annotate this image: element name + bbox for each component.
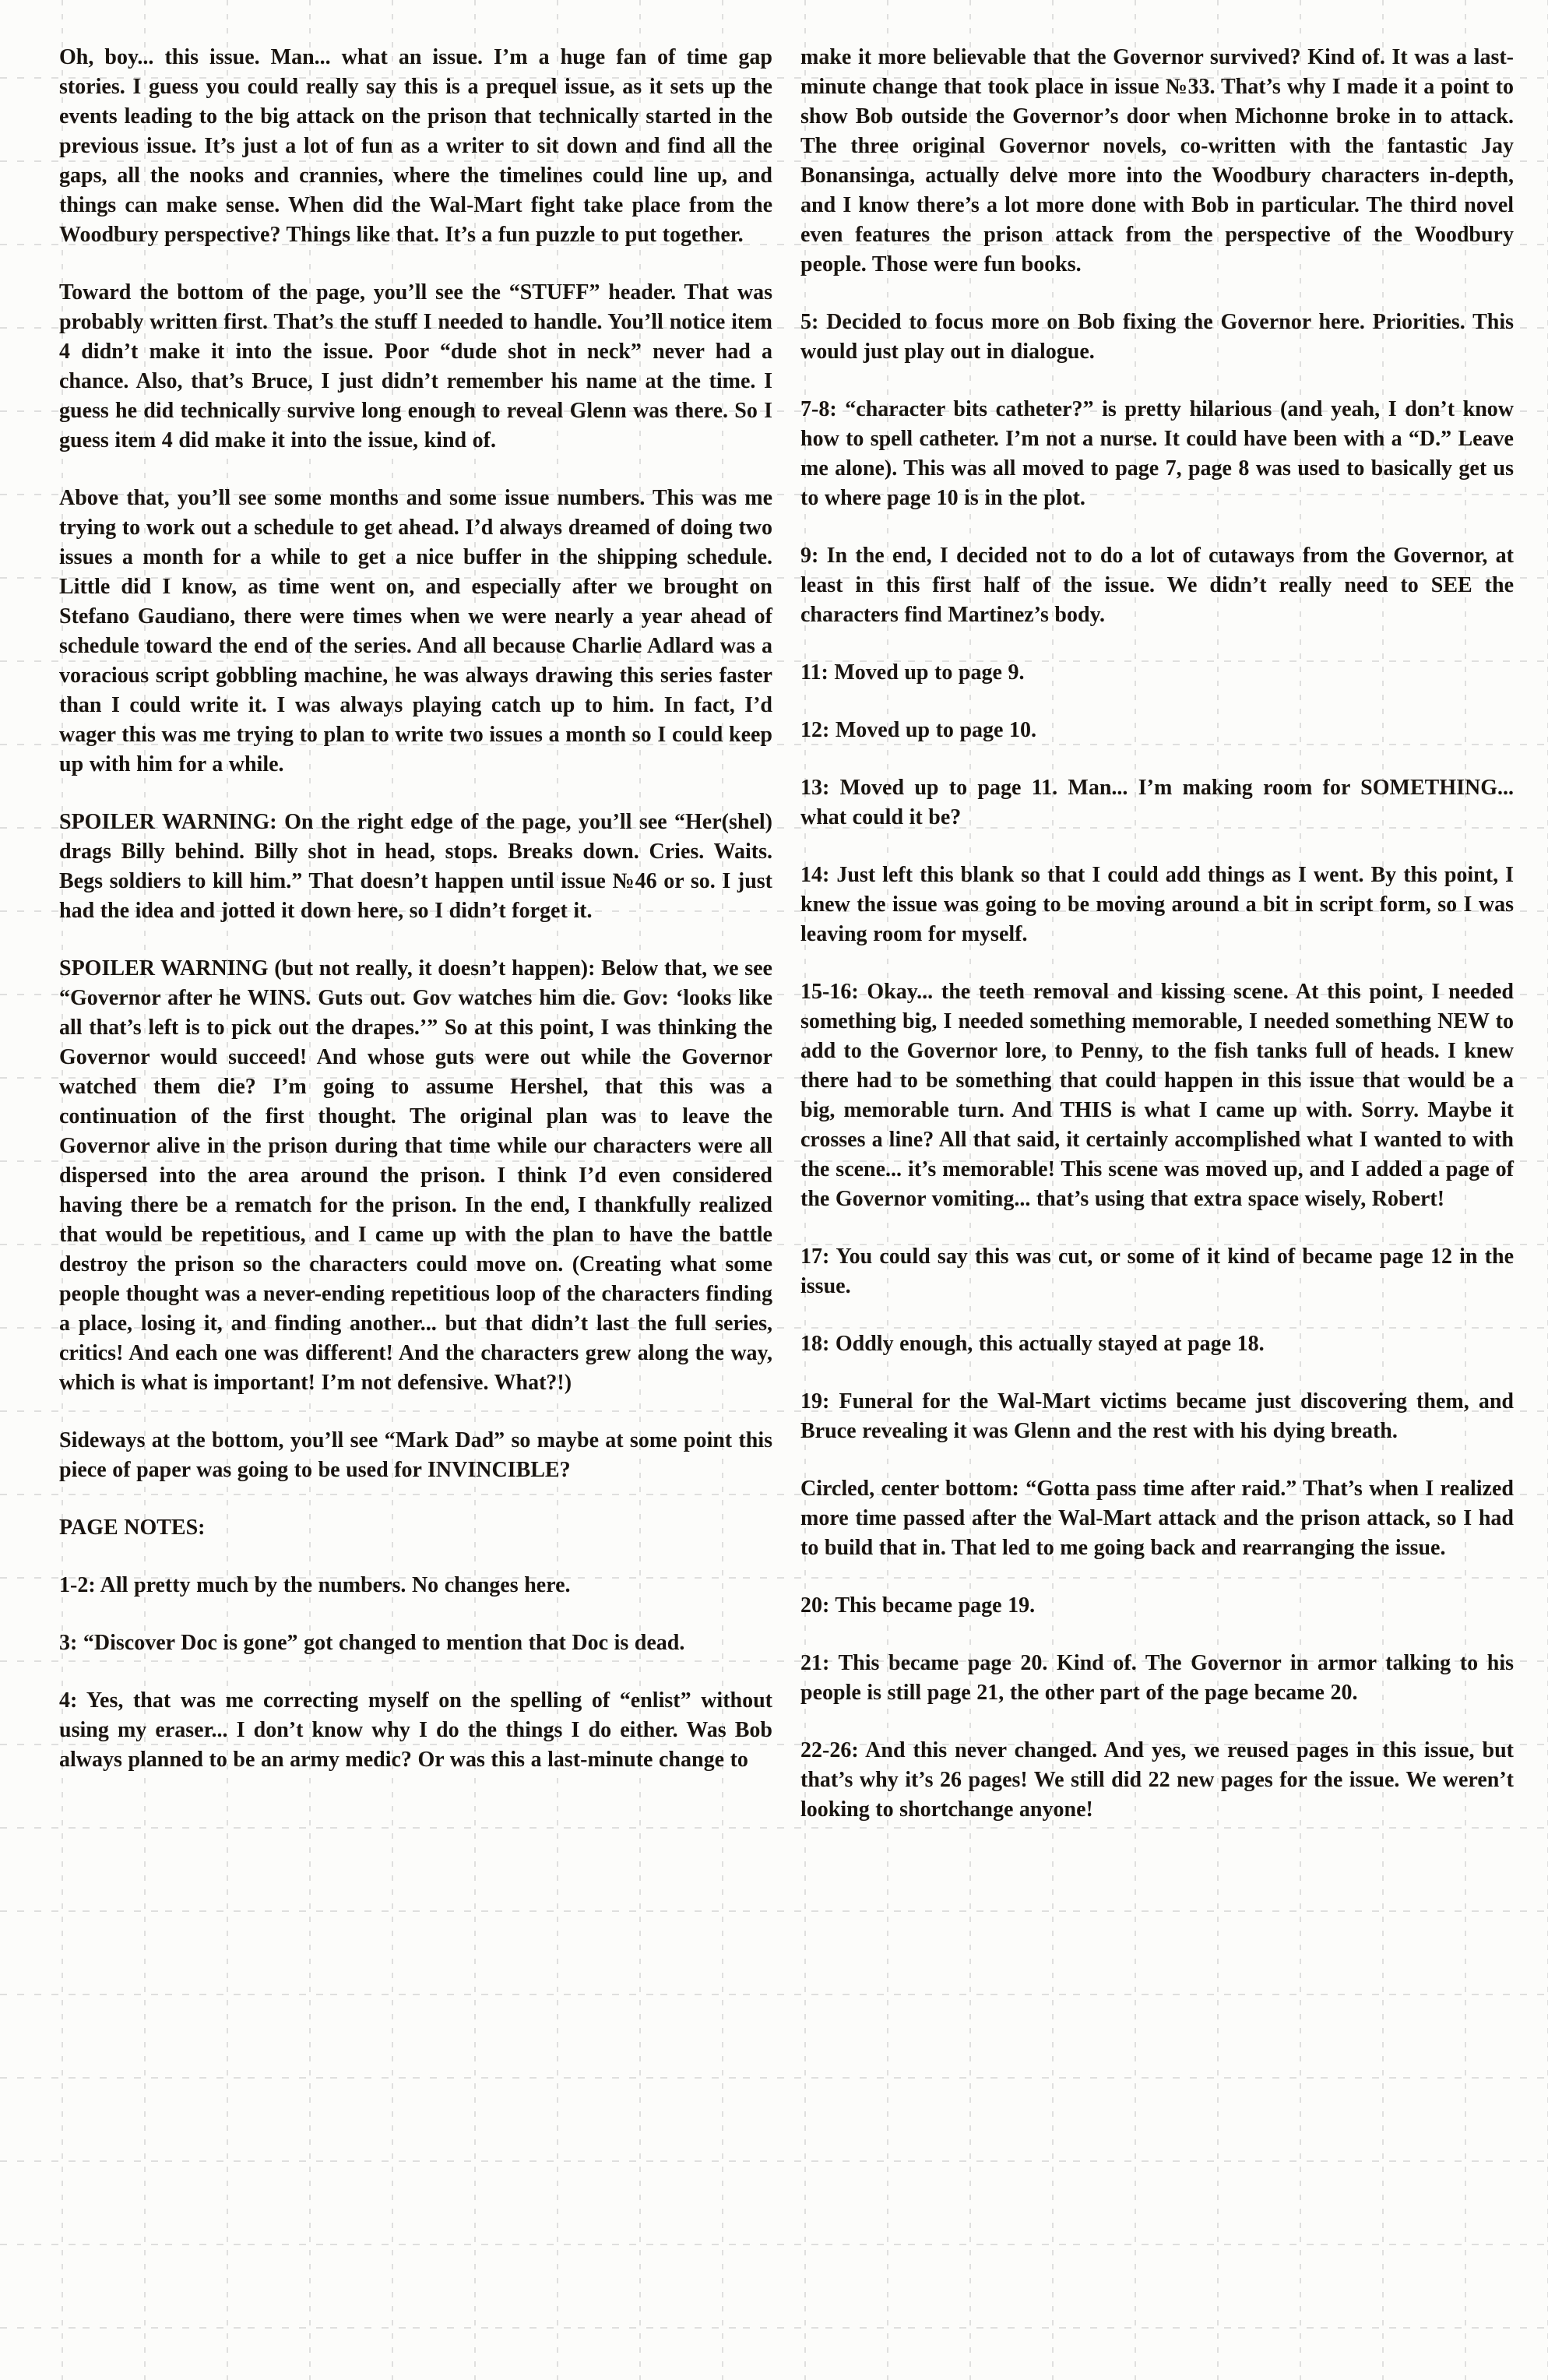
paragraph: 17: You could say this was cut, or some …: [800, 1242, 1514, 1301]
paragraph: 11: Moved up to page 9.: [800, 658, 1514, 688]
paragraph: 13: Moved up to page 11. Man... I’m maki…: [800, 773, 1514, 833]
document-page: Oh, boy... this issue. Man... what an is…: [0, 0, 1548, 2380]
paragraph: 9: In the end, I decided not to do a lot…: [800, 541, 1514, 630]
paragraph: 14: Just left this blank so that I could…: [800, 861, 1514, 949]
paragraph: 1-2: All pretty much by the numbers. No …: [59, 1571, 772, 1600]
paragraph: Circled, center bottom: “Gotta pass time…: [800, 1474, 1514, 1563]
paragraph: 20: This became page 19.: [800, 1591, 1514, 1621]
paragraph: Oh, boy... this issue. Man... what an is…: [59, 43, 772, 250]
paragraph: make it more believable that the Governo…: [800, 43, 1514, 280]
paragraph: 12: Moved up to page 10.: [800, 716, 1514, 745]
paragraph: Above that, you’ll see some months and s…: [59, 484, 772, 780]
paragraph: 22-26: And this never changed. And yes, …: [800, 1736, 1514, 1825]
left-column: Oh, boy... this issue. Man... what an is…: [59, 43, 772, 2380]
paragraph: Toward the bottom of the page, you’ll se…: [59, 278, 772, 456]
right-column: make it more believable that the Governo…: [800, 43, 1514, 2380]
paragraph: 4: Yes, that was me correcting myself on…: [59, 1686, 772, 1775]
two-column-text: Oh, boy... this issue. Man... what an is…: [0, 0, 1548, 2380]
paragraph: 7-8: “character bits catheter?” is prett…: [800, 395, 1514, 513]
paragraph: Sideways at the bottom, you’ll see “Mark…: [59, 1426, 772, 1485]
paragraph: 19: Funeral for the Wal-Mart victims bec…: [800, 1387, 1514, 1446]
paragraph: 21: This became page 20. Kind of. The Go…: [800, 1649, 1514, 1708]
paragraph: SPOILER WARNING (but not really, it does…: [59, 954, 772, 1398]
paragraph: 3: “Discover Doc is gone” got changed to…: [59, 1628, 772, 1658]
paragraph: 5: Decided to focus more on Bob fixing t…: [800, 308, 1514, 367]
paragraph: 18: Oddly enough, this actually stayed a…: [800, 1329, 1514, 1359]
paragraph: SPOILER WARNING: On the right edge of th…: [59, 808, 772, 926]
paragraph: PAGE NOTES:: [59, 1513, 772, 1543]
paragraph: 15-16: Okay... the teeth removal and kis…: [800, 977, 1514, 1214]
